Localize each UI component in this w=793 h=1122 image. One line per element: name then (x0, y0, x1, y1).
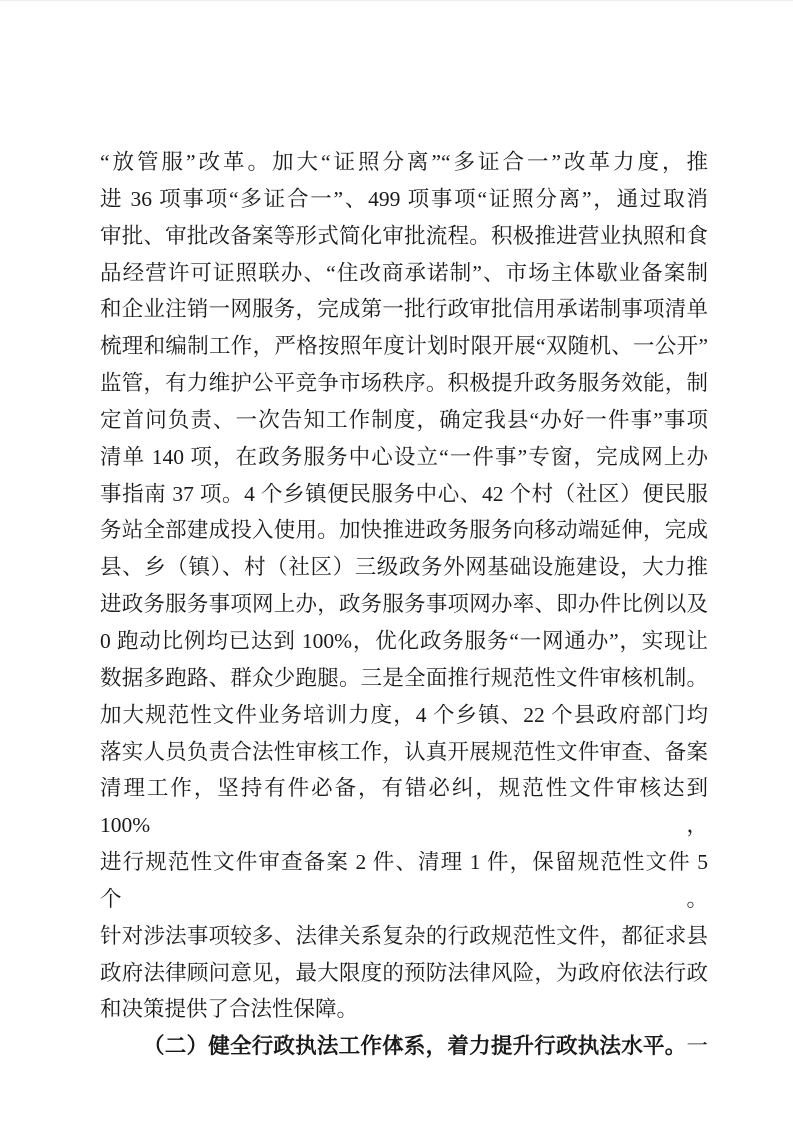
body-text: “放管服”改革。加大“证照分离”“多证合一”改革力度，推进 36 项事项“多证合… (100, 144, 708, 1065)
body-text-line: 清理工作，坚持有件必备，有错必纠，规范性文件审核达到 100%， (100, 770, 708, 844)
body-text-line: 加大规范性文件业务培训力度，4 个乡镇、22 个县政府部门均 (100, 697, 708, 734)
body-text-line: 进政务服务事项网上办，政务服务事项网办率、即办件比例以及 (100, 586, 708, 623)
body-text-line: 审批、审批改备案等形式简化审批流程。积极推进营业执照和食 (100, 218, 708, 255)
body-text-line: 进行规范性文件审查备案 2 件、清理 1 件，保留规范性文件 5 个。 (100, 844, 708, 918)
page-number: 3 (0, 1034, 793, 1051)
body-text-line: 事指南 37 项。4 个乡镇便民服务中心、42 个村（社区）便民服 (100, 476, 708, 513)
body-text-line: 政府法律顾问意见，最大限度的预防法律风险，为政府依法行政 (100, 955, 708, 992)
body-text-line: 县、乡（镇）、村（社区）三级政务外网基础设施建设，大力推 (100, 549, 708, 586)
body-text-line: 和决策提供了合法性保障。 (100, 991, 708, 1028)
body-text-line: 监管，有力维护公平竞争市场秩序。积极提升政务服务效能，制 (100, 365, 708, 402)
body-text-line: 数据多跑路、群众少跑腿。三是全面推行规范性文件审核机制。 (100, 660, 708, 697)
body-text-line: 进 36 项事项“多证合一”、499 项事项“证照分离”，通过取消 (100, 181, 708, 218)
body-text-line: 落实人员负责合法性审核工作，认真开展规范性文件审查、备案 (100, 734, 708, 771)
body-text-line: 针对涉法事项较多、法律关系复杂的行政规范性文件，都征求县 (100, 918, 708, 955)
paragraph-continuation: “放管服”改革。加大“证照分离”“多证合一”改革力度，推进 36 项事项“多证合… (100, 144, 708, 1028)
body-text-line: 和企业注销一网服务，完成第一批行政审批信用承诺制事项清单 (100, 291, 708, 328)
document-page: “放管服”改革。加大“证照分离”“多证合一”改革力度，推进 36 项事项“多证合… (0, 0, 793, 1122)
body-text-line: 清单 140 项，在政务服务中心设立“一件事”专窗，完成网上办 (100, 439, 708, 476)
body-text-line: 0 跑动比例均已达到 100%，优化政务服务“一网通办”，实现让 (100, 623, 708, 660)
body-text-line: “放管服”改革。加大“证照分离”“多证合一”改革力度，推 (100, 144, 708, 181)
body-text-line: 品经营许可证照联办、“住改商承诺制”、市场主体歇业备案制 (100, 255, 708, 292)
body-text-line: 梳理和编制工作，严格按照年度计划时限开展“双随机、一公开” (100, 328, 708, 365)
body-text-line: 务站全部建成投入使用。加快推进政务服务向移动端延伸，完成 (100, 512, 708, 549)
body-text-line: 定首问负责、一次告知工作制度，确定我县“办好一件事”事项 (100, 402, 708, 439)
